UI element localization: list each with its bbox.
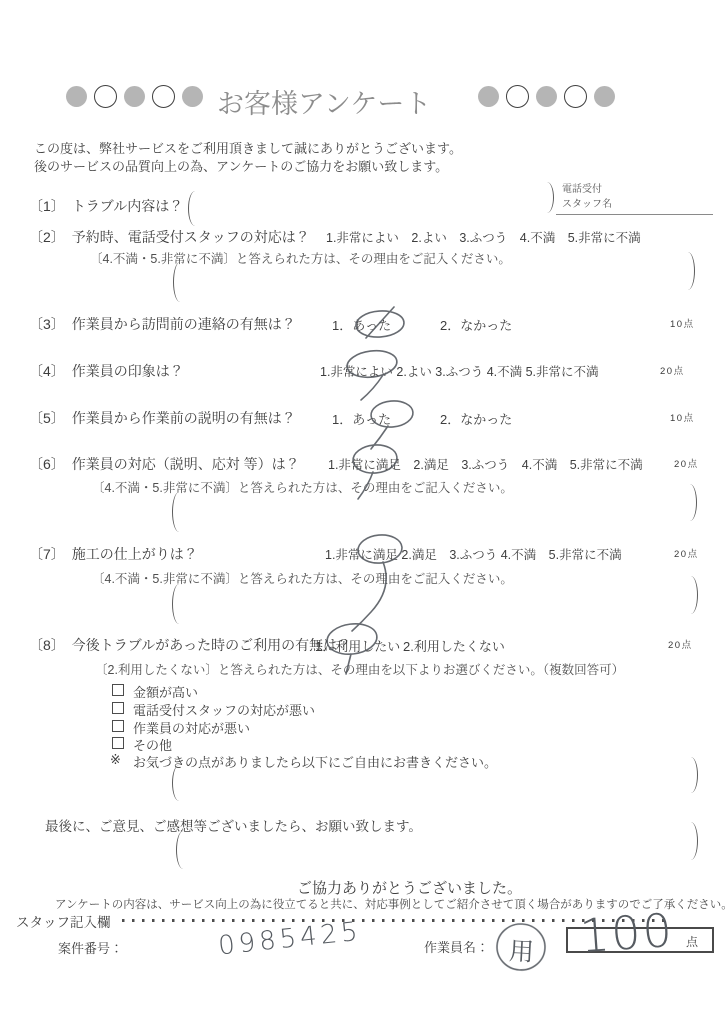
write-in-bracket-open — [172, 492, 186, 532]
followup-note: 〔4.不満・5.非常に不満〕と答えられた方は、その理由をご記入ください。 — [90, 249, 511, 267]
answer-option-2[interactable]: 2.利用したくない — [403, 636, 505, 655]
filled-circle-icon — [182, 86, 203, 107]
write-in-bracket-open — [173, 262, 187, 302]
worker-name-handwritten: 用 — [508, 931, 535, 968]
answer-options[interactable]: 1.非常によい 2.よい 3.ふつう 4.不満 5.非常に不満 — [326, 228, 641, 246]
answer-options[interactable]: 1.非常によい 2.よい 3.ふつう 4.不満 5.非常に不満 — [320, 362, 599, 380]
staff-name-label: スタッフ名 — [562, 198, 612, 212]
write-in-bracket-close — [681, 252, 695, 290]
staff-entry-label: スタッフ記入欄 — [16, 911, 111, 931]
decorative-circles-right — [478, 85, 615, 108]
checkbox-reason-worker[interactable] — [112, 720, 124, 732]
outline-circle-icon — [564, 85, 587, 108]
followup-note: 〔4.不満・5.非常に不満〕と答えられた方は、その理由をご記入ください。 — [92, 569, 513, 587]
followup-note: 〔2.利用したくない〕と答えられた方は、その理由を以下よりお選びください。（複数… — [95, 660, 624, 678]
write-in-bracket-close — [684, 757, 698, 793]
question-text: 施工の仕上がりは？ — [72, 544, 198, 564]
free-note-label: お気づきの点がありましたら以下にご自由にお書きください。 — [133, 752, 497, 771]
question-3: 〔3〕作業員から訪問前の連絡の有無は？ 1．あった 2．なかった 10点 — [0, 314, 728, 334]
score-handwritten: 100 — [578, 903, 675, 963]
case-number-handwritten: 0985425 — [217, 917, 363, 962]
outline-circle-icon — [94, 85, 117, 108]
write-in-bracket-open — [172, 584, 186, 624]
filled-circle-icon — [536, 86, 557, 107]
worker-name-label: 作業員名： — [424, 937, 489, 956]
question-text: 作業員の対応（説明、応対 等）は？ — [72, 454, 300, 474]
followup-note: 〔4.不満・5.非常に不満〕と答えられた方は、その理由をご記入ください。 — [92, 478, 513, 496]
filled-circle-icon — [594, 86, 615, 107]
points-label: 10点 — [670, 316, 695, 330]
reference-mark: ※ — [110, 752, 121, 768]
intro-line-1: この度は、弊社サービスをご利用頂きまして誠にありがとうございます。 — [34, 140, 462, 158]
points-label: 20点 — [660, 363, 685, 377]
answer-option-2[interactable]: 2．なかった — [440, 409, 512, 428]
question-8: 〔8〕今後トラブルがあった時のご利用の有無は？ 1．利用したい 2.利用したくな… — [0, 635, 728, 655]
question-7: 〔7〕施工の仕上がりは？ 1.非常に満足 2.満足 3.ふつう 4.不満 5.非… — [0, 544, 728, 564]
write-in-bracket-open — [172, 765, 186, 801]
question-number: 〔1〕 — [29, 196, 65, 216]
page-title: お客様アンケート — [217, 82, 431, 121]
answer-option-2[interactable]: 2．なかった — [440, 315, 512, 334]
checkbox-reason-price[interactable] — [112, 684, 124, 696]
case-number-label: 案件番号： — [58, 938, 123, 957]
question-text: 予約時、電話受付スタッフの対応は？ — [72, 227, 310, 247]
reason-row-1: 金額が高い — [0, 684, 728, 704]
checkbox-label[interactable]: 電話受付スタッフの対応が悪い — [133, 700, 315, 719]
checkbox-label[interactable]: 金額が高い — [133, 682, 198, 701]
question-number: 〔5〕 — [29, 408, 65, 428]
decorative-circles-left — [66, 85, 203, 108]
thanks-message: ご協力ありがとうございました。 — [297, 877, 522, 898]
write-in-bracket-open — [176, 831, 190, 869]
score-unit-label: 点 — [686, 933, 698, 950]
outline-circle-icon — [152, 85, 175, 108]
question-number: 〔2〕 — [29, 227, 65, 247]
answer-options[interactable]: 1.非常に満足 2.満足 3.ふつう 4.不満 5.非常に不満 — [328, 455, 643, 473]
question-text: 今後トラブルがあった時のご利用の有無は？ — [72, 635, 351, 655]
filled-circle-icon — [124, 86, 145, 107]
question-2: 〔2〕予約時、電話受付スタッフの対応は？ 1.非常によい 2.よい 3.ふつう … — [0, 227, 728, 247]
staff-name-underline — [556, 214, 713, 215]
question-5: 〔5〕作業員から作業前の説明の有無は？ 1．あった 2．なかった 10点 — [0, 408, 728, 428]
question-text: 作業員から作業前の説明の有無は？ — [72, 408, 296, 428]
question-number: 〔8〕 — [29, 635, 65, 655]
answer-option-1[interactable]: 1．あった — [332, 409, 391, 428]
question-number: 〔3〕 — [29, 314, 65, 334]
question-text: トラブル内容は？ — [72, 196, 183, 216]
points-label: 20点 — [674, 546, 699, 560]
question-4: 〔4〕作業員の印象は？ 1.非常によい 2.よい 3.ふつう 4.不満 5.非常… — [0, 361, 728, 381]
intro-line-2: 後のサービスの品質向上の為、アンケートのご協力をお願い致します。 — [34, 158, 448, 176]
question-1: 〔1〕トラブル内容は？ — [0, 196, 728, 216]
points-label: 10点 — [670, 410, 695, 424]
checkbox-reason-phone-staff[interactable] — [112, 702, 124, 714]
question-6: 〔6〕作業員の対応（説明、応対 等）は？ 1.非常に満足 2.満足 3.ふつう … — [0, 454, 728, 474]
question-text: 作業員から訪問前の連絡の有無は？ — [72, 314, 296, 334]
free-note-row: ※ お気づきの点がありましたら以下にご自由にお書きください。 — [0, 754, 728, 774]
answer-option-1[interactable]: 1．利用したい — [315, 636, 400, 655]
write-in-bracket-close — [683, 484, 697, 521]
points-label: 20点 — [668, 637, 693, 651]
answer-option-1[interactable]: 1．あった — [332, 315, 391, 334]
write-in-bracket-close — [684, 822, 698, 860]
points-label: 20点 — [674, 456, 699, 470]
filled-circle-icon — [478, 86, 499, 107]
write-in-bracket-close — [684, 576, 698, 614]
write-in-bracket-close — [540, 182, 554, 213]
write-in-bracket-open — [188, 191, 202, 226]
question-text: 作業員の印象は？ — [72, 361, 184, 381]
handwritten-stroke-q5 — [371, 426, 388, 449]
checkbox-reason-other[interactable] — [112, 737, 124, 749]
question-number: 〔4〕 — [29, 361, 65, 381]
filled-circle-icon — [66, 86, 87, 107]
final-comment-label: 最後に、ご意見、ご感想等ございましたら、お願い致します。 — [45, 815, 422, 835]
question-number: 〔6〕 — [29, 454, 65, 474]
answer-options[interactable]: 1.非常に満足 2.満足 3.ふつう 4.不満 5.非常に不満 — [325, 545, 622, 563]
survey-page: お客様アンケート この度は、弊社サービスをご利用頂きまして誠にありがとうございま… — [0, 0, 728, 1029]
question-number: 〔7〕 — [29, 544, 65, 564]
tel-reception-label: 電話受付 — [562, 183, 602, 197]
reason-row-2: 電話受付スタッフの対応が悪い — [0, 702, 728, 722]
outline-circle-icon — [506, 85, 529, 108]
